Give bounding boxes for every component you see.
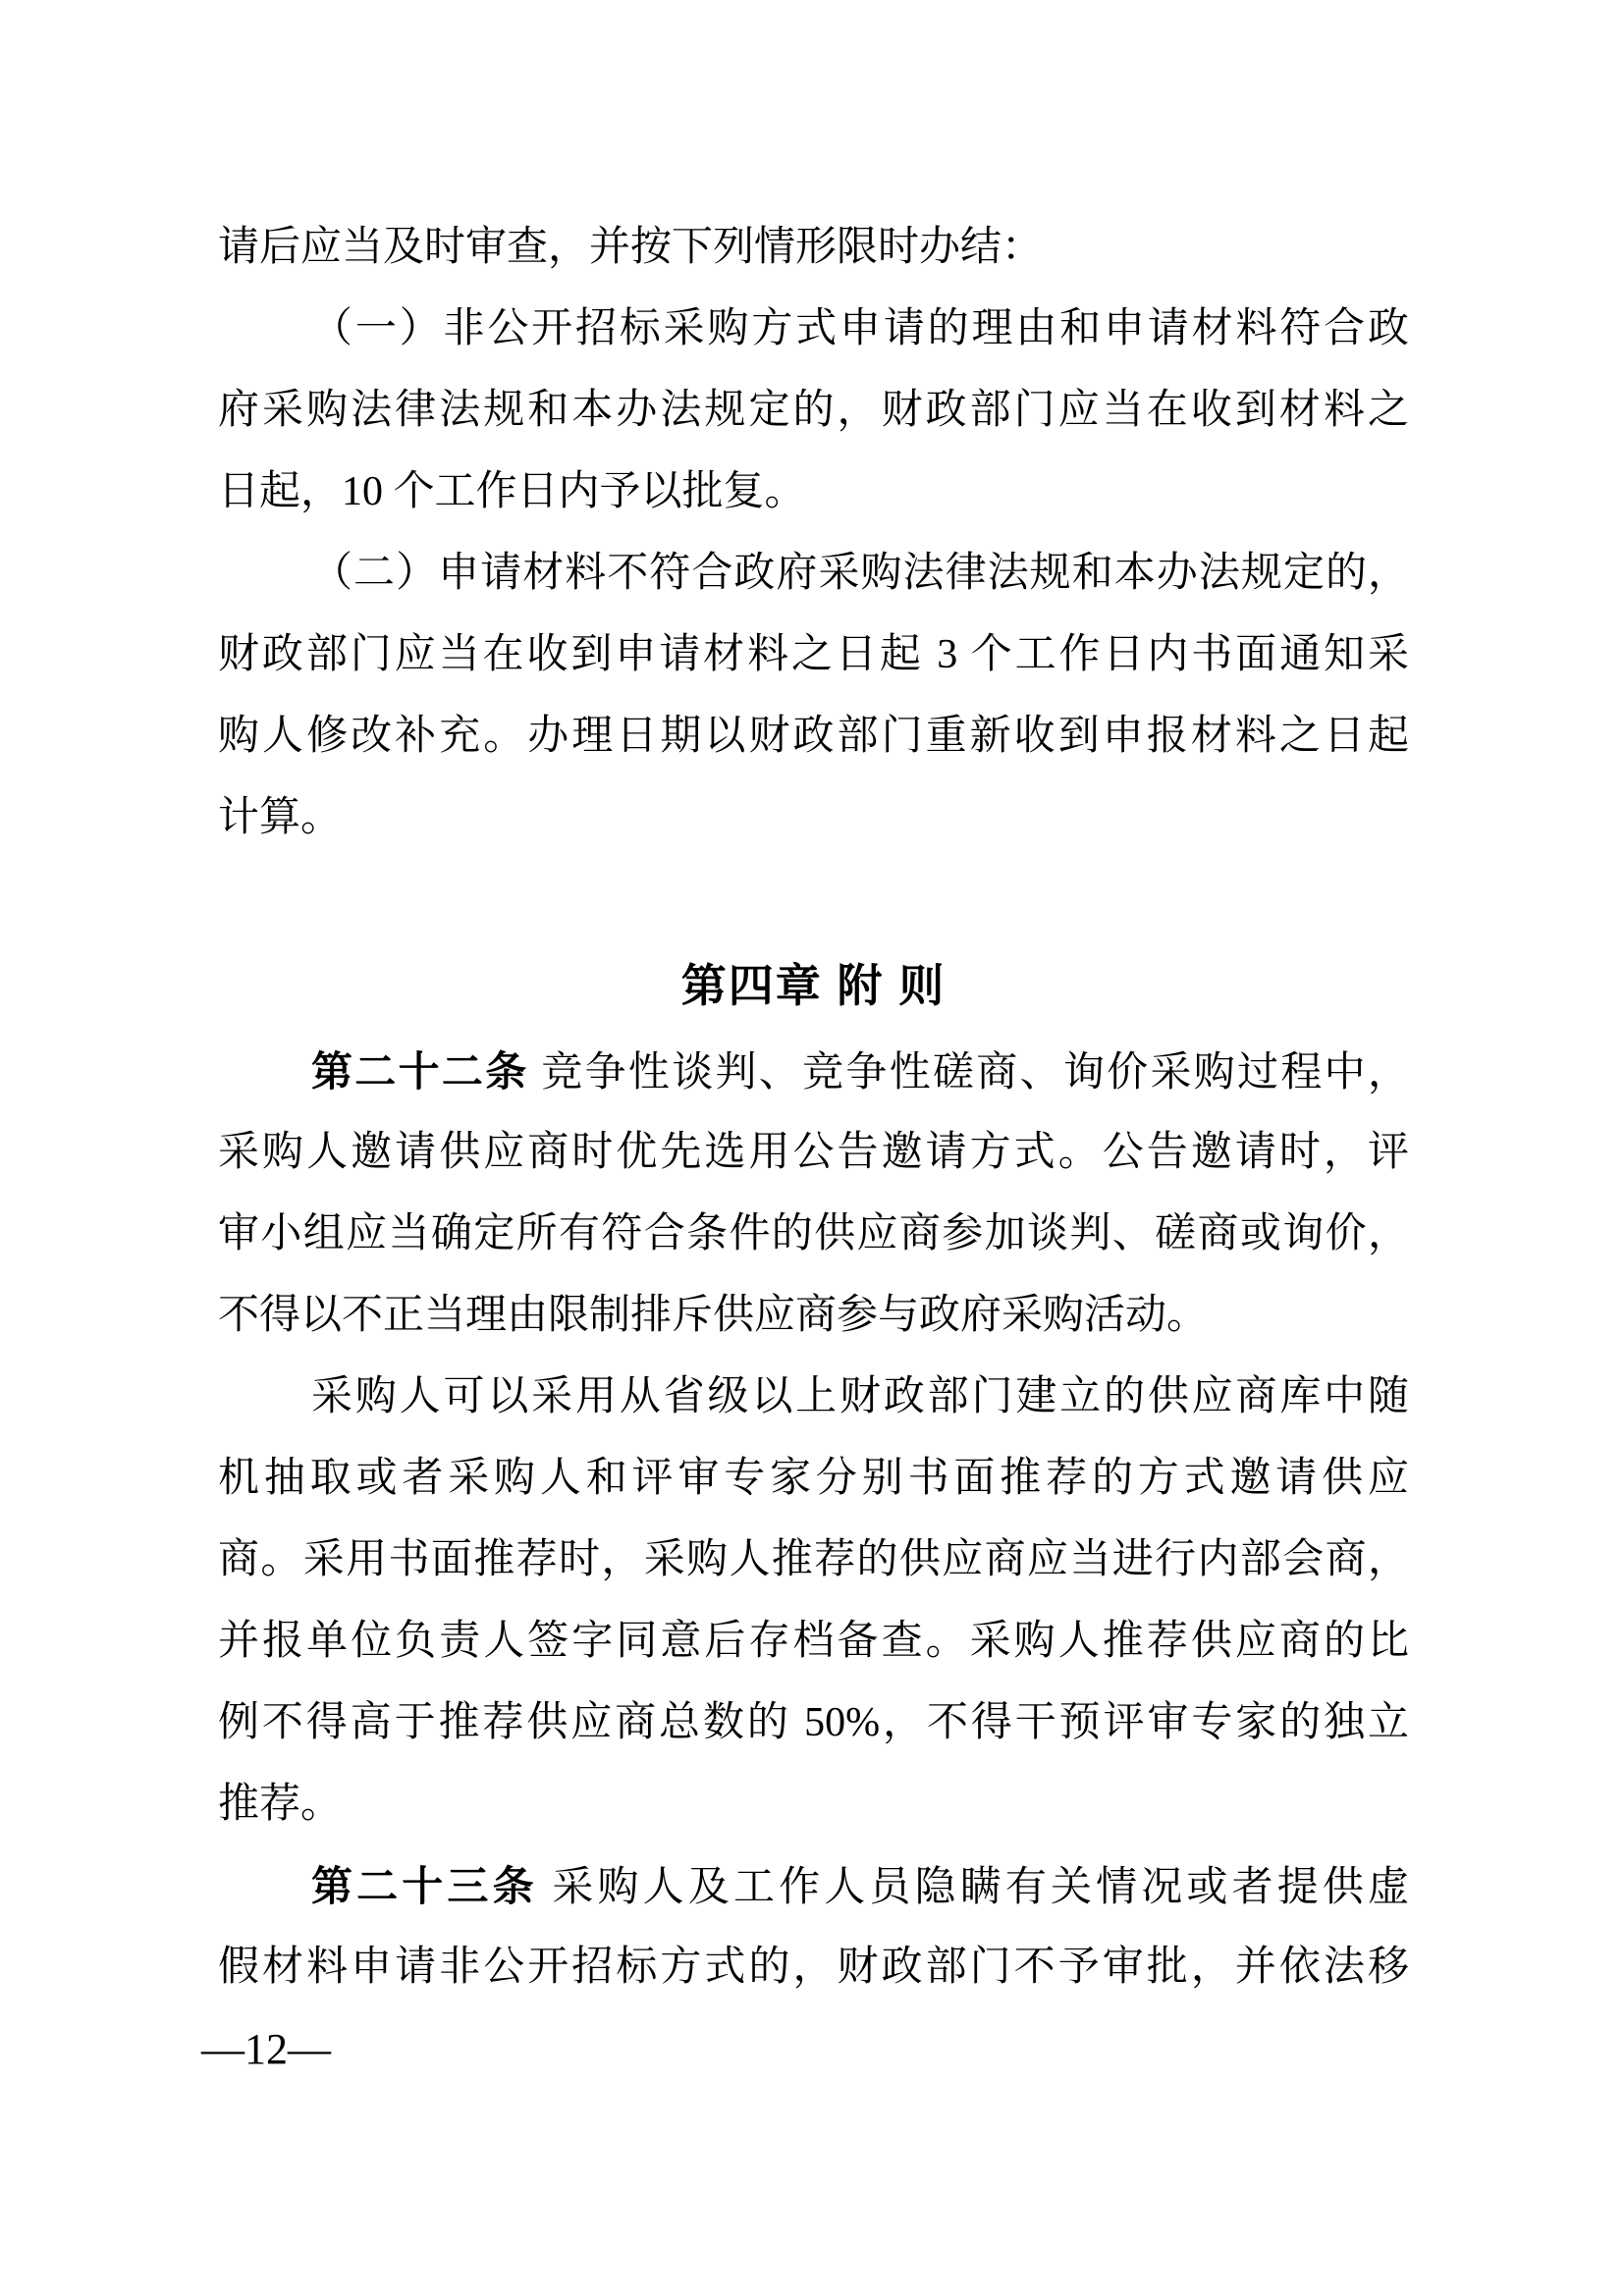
text-line: 不得以不正当理由限制排斥供应商参与政府采购活动。 bbox=[218, 1275, 1409, 1357]
text-line: 采购人可以采用从省级以上财政部门建立的供应商库中随 bbox=[218, 1357, 1409, 1438]
text-line: 并报单位负责人签字同意后存档备查。采购人推荐供应商的比 bbox=[218, 1601, 1409, 1682]
text-line: 推荐。 bbox=[218, 1764, 1409, 1845]
page-number: —12— bbox=[201, 2024, 331, 2075]
text-line: 采购人邀请供应商时优先选用公告邀请方式。公告邀请时，评 bbox=[218, 1112, 1409, 1194]
text-line: 商。采用书面推荐时，采购人推荐的供应商应当进行内部会商， bbox=[218, 1520, 1409, 1601]
text-line: 请后应当及时审查，并按下列情形限时办结： bbox=[218, 207, 1409, 289]
blank-line bbox=[218, 859, 1409, 940]
text-line: 机抽取或者采购人和评审专家分别书面推荐的方式邀请供应 bbox=[218, 1438, 1409, 1520]
text-line: 财政部门应当在收到申请材料之日起 3 个工作日内书面通知采 bbox=[218, 614, 1409, 696]
text-line: 日起，10 个工作日内予以批复。 bbox=[218, 452, 1409, 533]
text-line: 府采购法律法规和本办法规定的，财政部门应当在收到材料之 bbox=[218, 370, 1409, 452]
text-line: 第二十二条 竞争性谈判、竞争性磋商、询价采购过程中， bbox=[218, 1031, 1409, 1112]
text-run: 竞争性谈判、竞争性磋商、询价采购过程中， bbox=[529, 1050, 1409, 1095]
chapter-heading: 第四章 附 则 bbox=[218, 945, 1409, 1027]
text-line: 假材料申请非公开招标方式的，财政部门不予审批，并依法移 bbox=[218, 1927, 1409, 2008]
article-22-label: 第二十二条 bbox=[311, 1048, 529, 1095]
text-line: （一）非公开招标采购方式申请的理由和申请材料符合政 bbox=[218, 289, 1409, 370]
text-run: 采购人及工作人员隐瞒有关情况或者提供虚 bbox=[538, 1865, 1409, 1910]
text-line: 审小组应当确定所有符合条件的供应商参加谈判、磋商或询价， bbox=[218, 1194, 1409, 1275]
text-block: 请后应当及时审查，并按下列情形限时办结： （一）非公开招标采购方式申请的理由和申… bbox=[218, 207, 1409, 2008]
text-line: （二）申请材料不符合政府采购法律法规和本办法规定的， bbox=[218, 533, 1409, 614]
text-line: 第二十三条 采购人及工作人员隐瞒有关情况或者提供虚 bbox=[218, 1845, 1409, 1927]
article-23-label: 第二十三条 bbox=[311, 1863, 538, 1909]
document-page: 请后应当及时审查，并按下列情形限时办结： （一）非公开招标采购方式申请的理由和申… bbox=[0, 0, 1624, 2296]
text-line: 计算。 bbox=[218, 777, 1409, 859]
text-line: 购人修改补充。办理日期以财政部门重新收到申报材料之日起 bbox=[218, 696, 1409, 777]
text-line: 例不得高于推荐供应商总数的 50%，不得干预评审专家的独立 bbox=[218, 1682, 1409, 1764]
